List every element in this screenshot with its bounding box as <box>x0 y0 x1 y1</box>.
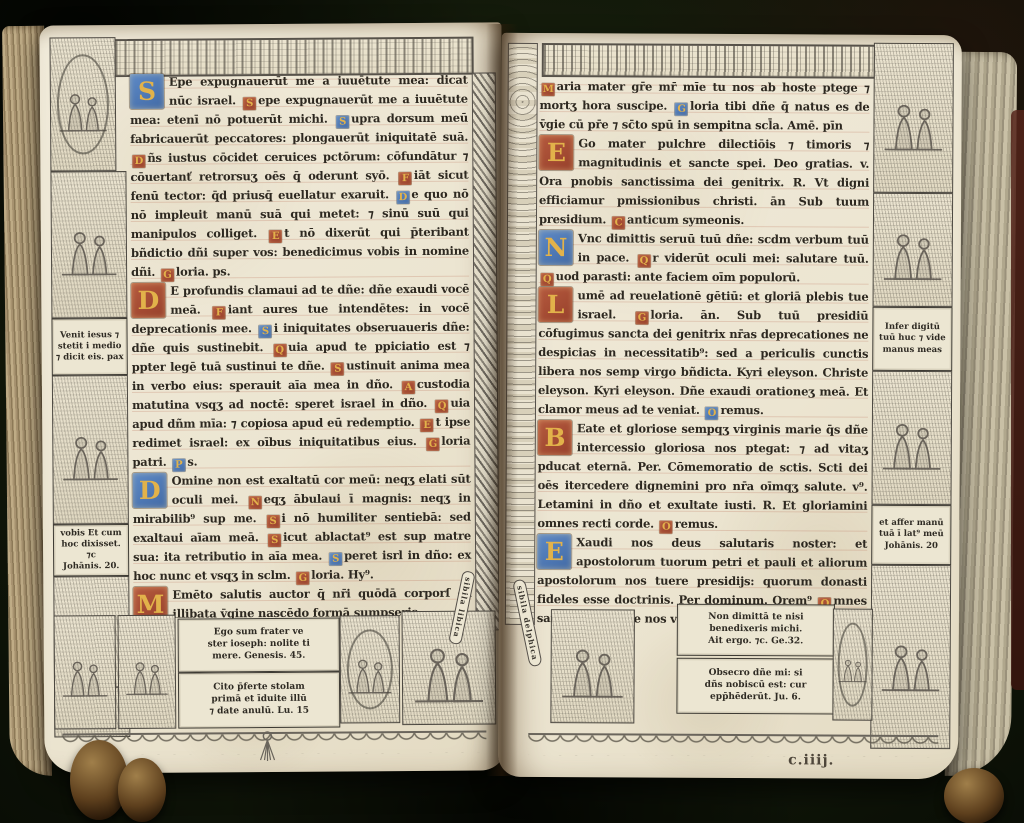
illuminated-initial: G <box>635 311 648 324</box>
illuminated-initial: E <box>269 229 282 242</box>
bottom-border: sibila delphica Non dimittā te nisi bene… <box>504 599 869 729</box>
illuminated-initial: S <box>268 533 281 546</box>
text-paragraph: BEate et gloriose sempqʒ virginis marie … <box>537 419 868 535</box>
woodcut-figures-icon <box>124 629 171 726</box>
text-paragraph: NVnc dimittis seruū tuū dñe: scdm verbum… <box>539 229 869 288</box>
illuminated-initial: B <box>538 420 572 455</box>
woodcut-scene <box>54 615 117 729</box>
illuminated-initial: L <box>538 287 572 322</box>
brass-stand-foot <box>944 768 1004 823</box>
text-paragraph: Maria mater gr̄e mr̄ mīe tu nos ab hoste… <box>539 77 869 136</box>
book-photograph: Venit iesus ⁊ stetit i medio ⁊ dicit eis… <box>0 0 1024 823</box>
woodcut-scene <box>873 193 954 307</box>
woodcut-scene <box>50 171 127 319</box>
illuminated-initial: G <box>426 437 439 450</box>
woodcut-figures-icon <box>881 207 945 304</box>
left-page-text: SEpe expugnauerūt me a iuuētute mea: dic… <box>130 71 472 613</box>
illuminated-initial: S <box>336 115 349 128</box>
illuminated-initial: Q <box>541 273 554 286</box>
bottom-caption: Obsecro dñe mi: si dñs nobiscū est: cur … <box>676 658 834 715</box>
woodcut-figures-icon <box>58 190 120 315</box>
woodcut-figures-icon <box>880 388 945 502</box>
illuminated-initial: O <box>705 406 718 419</box>
bottom-fringe-ornament <box>528 733 938 757</box>
illuminated-initial: N <box>539 230 573 265</box>
tassel-ornament <box>256 730 278 762</box>
woodcut-figures-icon <box>878 588 943 745</box>
illuminated-initial: D <box>132 154 145 167</box>
bottom-caption: Cito p̄ferte stolam primā et īduite illū… <box>178 672 340 729</box>
illuminated-initial: G <box>296 571 309 584</box>
woodcut-scene <box>870 565 951 749</box>
illuminated-initial: E <box>539 135 573 170</box>
book-cover-edge <box>1011 110 1024 690</box>
woodcut-figures-icon <box>837 623 869 718</box>
margin-caption: vobis Et cum hoc dixisset. ⁊c Johānis. 2… <box>53 524 129 577</box>
portrait-medallion <box>340 615 401 723</box>
illuminated-initial: E <box>537 534 571 569</box>
text-paragraph: DE profundis clamaui ad te dñe: dñe exau… <box>131 280 470 472</box>
woodcut-scene <box>873 43 954 193</box>
woodcut-figures-icon <box>56 54 109 168</box>
woodcut-figures-icon <box>559 624 627 721</box>
illuminated-initial: D <box>396 191 409 204</box>
illuminated-initial: N <box>249 496 262 509</box>
king-medallion <box>832 609 873 721</box>
text-paragraph: DOmine non est exaltatū cor meū: neqʒ el… <box>133 470 472 586</box>
text-paragraph: SEpe expugnauerūt me a iuuētute mea: dic… <box>130 71 469 282</box>
illuminated-initial: G <box>161 268 174 281</box>
left-page: Venit iesus ⁊ stetit i medio ⁊ dicit eis… <box>39 22 506 773</box>
illuminated-initial: S <box>331 362 344 375</box>
illuminated-initial: S <box>130 74 164 109</box>
woodcut-scene <box>871 371 952 505</box>
woodcut-figures-icon <box>881 62 946 190</box>
illuminated-initial: O <box>660 520 673 533</box>
quire-signature: c.iiij. <box>788 752 834 768</box>
illuminated-initial: Q <box>435 399 448 412</box>
illuminated-initial: E <box>421 418 434 431</box>
illuminated-initial: C <box>612 216 625 229</box>
illuminated-initial: M <box>542 83 555 96</box>
bottom-border: Ego sum frater ve ster ioseph: nolite ti… <box>53 608 498 731</box>
brass-stand-foot <box>118 758 166 822</box>
illuminated-initial: D <box>131 283 165 318</box>
illuminated-initial: F <box>213 306 226 319</box>
woodcut-figures-icon <box>60 630 110 727</box>
right-page-text: Maria mater gr̄e mr̄ mīe tu nos ab hoste… <box>537 77 870 619</box>
woodcut-scene <box>401 610 496 725</box>
illuminated-initial: F <box>399 172 412 185</box>
margin-caption: Infer digitū tuū huc ⁊ vide manus meas <box>872 307 952 371</box>
illuminated-initial: Q <box>273 343 286 356</box>
book-gutter-shadow <box>486 24 518 776</box>
woodcut-figures-icon <box>60 393 122 520</box>
woodcut-floral-panel <box>118 615 177 729</box>
woodcut-figures-icon <box>346 629 394 720</box>
illuminated-initial: S <box>259 325 272 338</box>
illuminated-initial: Q <box>637 254 650 267</box>
illuminated-initial: S <box>243 97 256 110</box>
text-paragraph: Lumē ad reuelationē gētiū: et gloriā ple… <box>538 286 869 421</box>
bottom-caption: Non dimittā te nisi benedixeris michi. A… <box>677 604 835 657</box>
illuminated-initial: P <box>172 458 185 471</box>
illuminated-initial: D <box>133 473 167 508</box>
bottom-caption: Ego sum frater ve ster ioseph: nolite ti… <box>178 618 340 673</box>
right-page: Infer digitū tuū huc ⁊ vide manus meas e… <box>498 33 962 779</box>
woodcut-scene <box>52 375 129 525</box>
top-border-frieze <box>542 43 876 79</box>
right-margin-border: Infer digitū tuū huc ⁊ vide manus meas e… <box>870 43 954 749</box>
illuminated-initial: G <box>675 102 688 115</box>
sibyl-figure-scene <box>550 609 635 723</box>
illuminated-initial: S <box>266 514 279 527</box>
corner-medallion-scene <box>49 37 116 171</box>
margin-caption: Venit iesus ⁊ stetit i medio ⁊ dicit eis… <box>51 318 127 375</box>
illuminated-initial: A <box>402 381 415 394</box>
illuminated-initial: S <box>329 552 342 565</box>
margin-caption: et affer manū tuā ī lat⁹ meū Johānis. 20 <box>871 505 951 565</box>
text-paragraph: EGo mater pulchre dilectiōis ⁊ timoris ⁊… <box>539 134 869 231</box>
